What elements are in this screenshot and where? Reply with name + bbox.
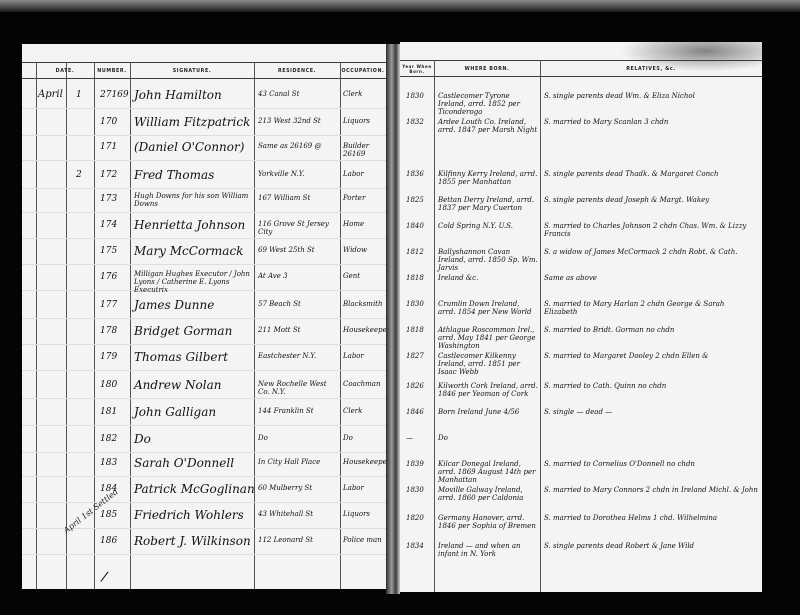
signature: Fred Thomas xyxy=(134,170,214,180)
signature: Do xyxy=(134,434,151,444)
year-born: — xyxy=(406,434,413,442)
col-divider xyxy=(254,62,255,589)
row-rule xyxy=(22,318,386,319)
year-born: 1826 xyxy=(406,382,424,390)
occupation: Coachman xyxy=(343,380,381,388)
relatives: S. single parents dead Wm. & Eliza Nicho… xyxy=(544,92,695,100)
relatives: S. single parents dead Robert & Jane Wil… xyxy=(544,542,694,550)
signature: Patrick McGoglinan xyxy=(134,484,252,494)
occupation: Gent xyxy=(343,272,360,280)
year-born: 1834 xyxy=(406,542,424,550)
entry-number: 183 xyxy=(100,458,117,468)
residence: Same as 26169 @ xyxy=(258,142,321,150)
header-bottom-rule xyxy=(400,76,762,77)
occupation: Labor xyxy=(343,484,364,492)
header-residence: RESIDENCE. xyxy=(254,64,340,78)
where-born: Ireland — and when an infant in N. York xyxy=(438,542,538,558)
relatives: S. married to Cornelius O'Donnell no chd… xyxy=(544,460,695,468)
where-born: Do xyxy=(438,434,448,442)
year-born: 1812 xyxy=(406,248,424,256)
signature: William Fitzpatrick xyxy=(134,117,250,127)
header-top-rule xyxy=(22,62,386,63)
header-where-born: WHERE BORN. xyxy=(434,62,540,76)
col-divider xyxy=(340,62,341,589)
header-year-born: Year When Born. xyxy=(400,62,434,76)
occupation: Builder 26169 xyxy=(343,142,385,158)
occupation: Home xyxy=(343,220,364,228)
row-rule xyxy=(22,398,386,399)
row-rule xyxy=(22,476,386,477)
col-divider xyxy=(36,62,37,589)
signature: Milligan Hughes Executor / John Lyons / … xyxy=(134,270,252,294)
occupation: Housekeeper xyxy=(343,458,385,466)
relatives: S. married to Mary Scanlan 3 chdn xyxy=(544,118,668,126)
row-rule xyxy=(22,425,386,426)
col-divider xyxy=(66,62,67,589)
relatives: S. a widow of James McCormack 2 chdn Rob… xyxy=(544,248,737,256)
occupation: Liquors xyxy=(343,117,370,125)
check-mark: / xyxy=(99,569,109,586)
relatives: S. married to Margaret Dooley 2 chdn Ell… xyxy=(544,352,708,360)
residence: Yorkville N.Y. xyxy=(258,170,305,178)
entry-number: 180 xyxy=(100,380,117,390)
row-rule xyxy=(22,264,386,265)
year-born: 1830 xyxy=(406,486,424,494)
relatives: Same as above xyxy=(544,274,597,282)
signature: Robert J. Wilkinson xyxy=(134,536,251,546)
occupation: Porter xyxy=(343,194,365,202)
header-date: DATE. xyxy=(36,64,94,78)
relatives: S. single parents dead Thadk. & Margaret… xyxy=(544,170,719,178)
signature: Hugh Downs for his son William Downs xyxy=(134,192,252,208)
entry-number: 174 xyxy=(100,220,117,230)
row-rule xyxy=(22,160,386,161)
where-born: Ballyshannon Cavan Ireland, arrd. 1850 S… xyxy=(438,248,538,272)
relatives: S. married to Mary Connors 2 chdn in Ire… xyxy=(544,486,758,494)
residence: 69 West 25th St xyxy=(258,246,315,254)
residence: 213 West 32nd St xyxy=(258,117,321,125)
entry-number: 175 xyxy=(100,246,117,256)
header-occupation: OCCUPATION. xyxy=(340,64,386,78)
where-born: Kilfinny Kerry Ireland, arrd. 1855 per M… xyxy=(438,170,538,186)
occupation: Labor xyxy=(343,352,364,360)
residence: 43 Whitehall St xyxy=(258,510,313,518)
residence: 60 Mulberry St xyxy=(258,484,312,492)
row-rule xyxy=(22,188,386,189)
residence: 116 Grove St Jersey City xyxy=(258,220,338,236)
entry-number: 186 xyxy=(100,536,117,546)
year-born: 1840 xyxy=(406,222,424,230)
header-relatives: RELATIVES, &c. xyxy=(540,62,762,76)
where-born: Moville Galway Ireland, arrd. 1860 per C… xyxy=(438,486,538,502)
year-born: 1818 xyxy=(406,326,424,334)
book-gutter xyxy=(386,44,400,594)
where-born: Athlague Roscommon Irel., arrd. May 1841… xyxy=(438,326,538,350)
entry-number: 171 xyxy=(100,142,117,152)
residence: 144 Franklin St xyxy=(258,407,314,415)
relatives: S. married to Dorothea Helms 1 chd. Wilh… xyxy=(544,514,717,522)
right-ledger-page: Year When Born. WHERE BORN. RELATIVES, &… xyxy=(400,42,762,592)
left-ledger-page: DATE. NUMBER. SIGNATURE. RESIDENCE. OCCU… xyxy=(22,44,386,589)
signature: James Dunne xyxy=(134,300,214,310)
row-rule xyxy=(22,528,386,529)
occupation: Do xyxy=(343,434,353,442)
signature: John Hamilton xyxy=(134,90,222,100)
occupation: Housekeeper xyxy=(343,326,385,334)
where-born: Kilcar Donegal Ireland, arrd. 1869 Augus… xyxy=(438,460,538,484)
occupation: Blacksmith xyxy=(343,300,383,308)
residence: New Rochelle West Co. N.Y. xyxy=(258,380,338,396)
signature: John Galligan xyxy=(134,407,216,417)
where-born: Germany Hanover, arrd. 1846 per Sophia o… xyxy=(438,514,538,530)
where-born: Ardee Louth Co. Ireland, arrd. 1847 per … xyxy=(438,118,538,134)
entry-number: 27169 xyxy=(100,90,129,100)
row-rule xyxy=(22,212,386,213)
year-born: 1825 xyxy=(406,196,424,204)
row-rule xyxy=(22,108,386,109)
entry-number: 179 xyxy=(100,352,117,362)
row-rule xyxy=(22,135,386,136)
year-born: 1820 xyxy=(406,514,424,522)
relatives: S. married to Cath. Quinn no chdn xyxy=(544,382,666,390)
header-number: NUMBER. xyxy=(94,64,130,78)
where-born: Kilworth Cork Ireland, arrd. 1846 per Ye… xyxy=(438,382,538,398)
signature: (Daniel O'Connor) xyxy=(134,142,244,152)
header-bottom-rule xyxy=(22,78,386,79)
scanner-edge xyxy=(0,0,800,12)
entry-number: 170 xyxy=(100,117,117,127)
residence: At Ave 3 xyxy=(258,272,288,280)
year-born: 1832 xyxy=(406,118,424,126)
relatives: S. single — dead — xyxy=(544,408,612,416)
year-born: 1830 xyxy=(406,300,424,308)
occupation: Widow xyxy=(343,246,367,254)
col-divider xyxy=(434,60,435,592)
entry-number: 182 xyxy=(100,434,117,444)
entry-number: 173 xyxy=(100,194,117,204)
entry-number: 178 xyxy=(100,326,117,336)
where-born: Castlecomer Kilkenny Ireland, arrd. 1851… xyxy=(438,352,538,376)
year-born: 1846 xyxy=(406,408,424,416)
year-born: 1839 xyxy=(406,460,424,468)
signature: Bridget Gorman xyxy=(134,326,232,336)
row-rule xyxy=(22,502,386,503)
signature: Andrew Nolan xyxy=(134,380,221,390)
signature: Sarah O'Donnell xyxy=(134,458,234,468)
signature: Friedrich Wohlers xyxy=(134,510,244,520)
where-born: Crumlin Down Ireland, arrd. 1854 per New… xyxy=(438,300,538,316)
residence: 112 Leonard St xyxy=(258,536,313,544)
signature: Henrietta Johnson xyxy=(134,220,245,230)
where-born: Ireland &c. xyxy=(438,274,478,282)
residence: Do xyxy=(258,434,268,442)
year-born: 1827 xyxy=(406,352,424,360)
signature: Thomas Gilbert xyxy=(134,352,228,362)
residence: 57 Beach St xyxy=(258,300,301,308)
entry-number: 172 xyxy=(100,170,117,180)
entry-number: 185 xyxy=(100,510,117,520)
occupation: Police man xyxy=(343,536,382,544)
residence: Eastchester N.Y. xyxy=(258,352,316,360)
header-signature: SIGNATURE. xyxy=(130,64,254,78)
row-rule xyxy=(22,370,386,371)
relatives: S. single parents dead Joseph & Margt. W… xyxy=(544,196,709,204)
occupation: Labor xyxy=(343,170,364,178)
year-born: 1818 xyxy=(406,274,424,282)
occupation: Clerk xyxy=(343,90,362,98)
date-month: April xyxy=(38,90,63,100)
residence: In City Hall Place xyxy=(258,458,320,466)
entry-number: 181 xyxy=(100,407,117,417)
row-rule xyxy=(22,452,386,453)
residence: 167 William St xyxy=(258,194,310,202)
occupation: Clerk xyxy=(343,407,362,415)
header-top-rule xyxy=(400,60,762,61)
entry-number: 177 xyxy=(100,300,117,310)
col-divider xyxy=(130,62,131,589)
relatives: S. married to Mary Harlan 2 chdn George … xyxy=(544,300,758,316)
year-born: 1830 xyxy=(406,92,424,100)
date-day: 1 xyxy=(76,90,82,100)
date-day: 2 xyxy=(76,170,82,180)
residence: 43 Canal St xyxy=(258,90,299,98)
residence: 211 Mott St xyxy=(258,326,300,334)
where-born: Castlecomer Tyrone Ireland, arrd. 1852 p… xyxy=(438,92,538,116)
where-born: Bettan Derry Ireland, arrd. 1837 per Mar… xyxy=(438,196,538,212)
col-divider xyxy=(540,60,541,592)
relatives: S. married to Charles Johnson 2 chdn Cha… xyxy=(544,222,758,238)
occupation: Liquors xyxy=(343,510,370,518)
row-rule xyxy=(22,238,386,239)
entry-number: 176 xyxy=(100,272,117,282)
year-born: 1836 xyxy=(406,170,424,178)
row-rule xyxy=(22,344,386,345)
relatives: S. married to Bridt. Gorman no chdn xyxy=(544,326,674,334)
where-born: Born Ireland June 4/56 xyxy=(438,408,519,416)
where-born: Cold Spring N.Y. U.S. xyxy=(438,222,513,230)
row-rule xyxy=(22,554,386,555)
signature: Mary McCormack xyxy=(134,246,243,256)
